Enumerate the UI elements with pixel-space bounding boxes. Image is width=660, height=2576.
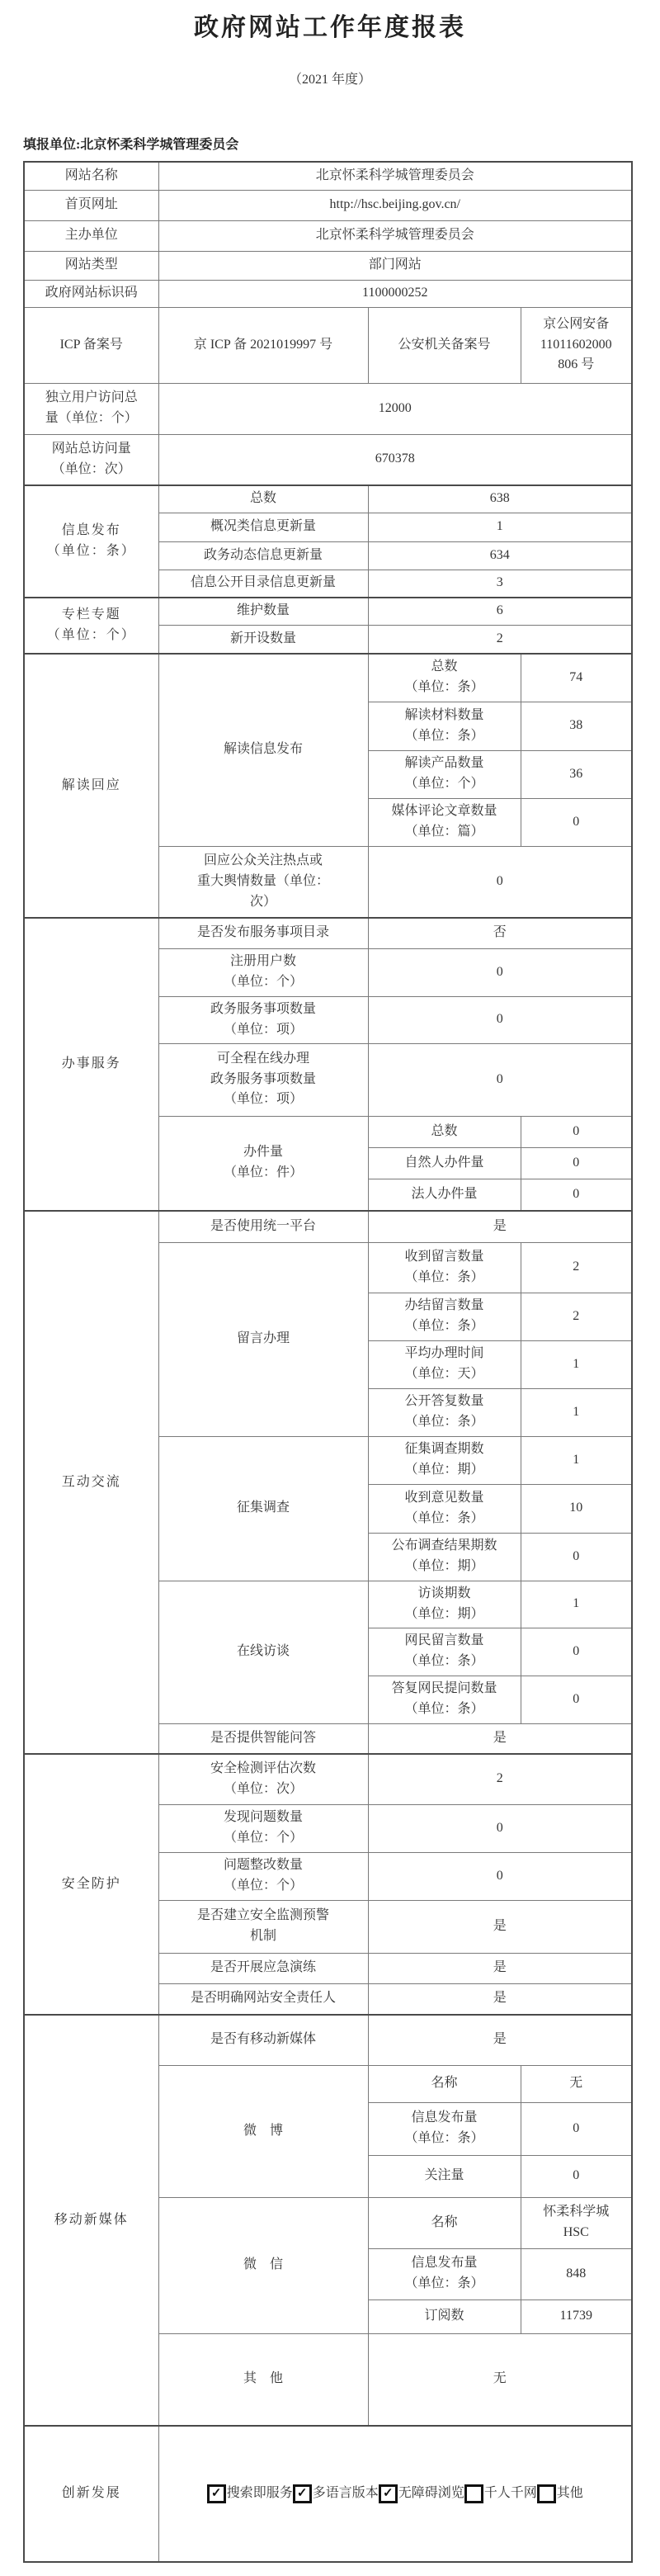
info-release-row-value-cell: 1 [368, 513, 632, 541]
innovation-option-label: 千人千网 [484, 2484, 537, 2504]
columns-topics-row-value-cell: 6 [368, 598, 632, 625]
interpretation-row-label-cell: 解读材料数量 （单位：条） [368, 702, 521, 750]
wechat-row-value-cell: 848 [521, 2248, 632, 2299]
interaction-messages-row-value-cell: 2 [521, 1242, 632, 1293]
interaction-group-cell: 互动交流 [24, 1211, 158, 1754]
new-media-other-label-cell: 其 他 [158, 2333, 368, 2426]
services-row-label-cell: 可全程在线办理 政务服务事项数量 （单位：项） [158, 1043, 368, 1116]
services-row-value-cell: 否 [368, 918, 632, 948]
weibo-row-label-cell: 关注量 [368, 2155, 521, 2197]
checkbox-checked-icon[interactable]: ✓ [293, 2484, 312, 2503]
services-row-value-cell: 0 [368, 996, 632, 1043]
interaction-messages-row-label-cell: 平均办理时间 （单位：天） [368, 1340, 521, 1388]
security-row-label-cell: 问题整改数量 （单位：个） [158, 1852, 368, 1900]
weibo-label-cell: 微 博 [158, 2065, 368, 2197]
interpretation-response-label-cell: 回应公众关注热点或 重大舆情数量（单位： 次） [158, 846, 368, 918]
home-url-value-cell: http://hsc.beijing.gov.cn/ [158, 190, 632, 220]
info-release-row-value-cell: 634 [368, 541, 632, 570]
info-release-row-value-cell: 638 [368, 485, 632, 513]
weibo-row-label-cell: 信息发布量 （单位：条） [368, 2102, 521, 2155]
interpretation-release-label-cell: 解读信息发布 [158, 654, 368, 846]
interaction-interviews-row-value-cell: 1 [521, 1581, 632, 1628]
services-handling-row-value-cell: 0 [521, 1116, 632, 1147]
innovation-option: 其他 [537, 2484, 583, 2504]
info-release-row-label-cell: 总数 [158, 485, 368, 513]
interpretation-row-label-cell: 解读产品数量 （单位：个） [368, 750, 521, 798]
info-release-row-label-cell: 政务动态信息更新量 [158, 541, 368, 570]
services-group-cell: 办事服务 [24, 918, 158, 1211]
security-row-label-cell: 安全检测评估次数 （单位：次） [158, 1754, 368, 1804]
weibo-row-label-cell: 名称 [368, 2065, 521, 2102]
wechat-row-label-cell: 信息发布量 （单位：条） [368, 2248, 521, 2299]
innovation-group-cell: 创新发展 [24, 2426, 158, 2562]
reporting-unit-line: 填报单位:北京怀柔科学城管理委员会 [23, 137, 660, 154]
unique-visitors-value-cell: 12000 [158, 383, 632, 434]
info-release-row-label-cell: 概况类信息更新量 [158, 513, 368, 541]
services-handling-row-label-cell: 法人办件量 [368, 1179, 521, 1211]
interaction-surveys-row-value-cell: 0 [521, 1533, 632, 1581]
info-release-row-label-cell: 信息公开目录信息更新量 [158, 570, 368, 598]
interpretation-row-label-cell: 总数 （单位：条） [368, 654, 521, 702]
wechat-row-value-cell: 11739 [521, 2299, 632, 2333]
interpretation-group-cell: 解读回应 [24, 654, 158, 918]
new-media-group-cell: 移动新媒体 [24, 2015, 158, 2426]
unique-visitors-label-cell: 独立用户访问总 量（单位：个） [24, 383, 158, 434]
interaction-smart-qa-value-cell: 是 [368, 1723, 632, 1754]
services-handling-row-value-cell: 0 [521, 1179, 632, 1211]
interaction-smart-qa-label-cell: 是否提供智能问答 [158, 1723, 368, 1754]
innovation-option-label: 其他 [557, 2484, 583, 2504]
annual-report-table: 网站名称 北京怀柔科学城管理委员会 首页网址 http://hsc.beijin… [23, 161, 633, 2563]
interaction-messages-row-label-cell: 办结留言数量 （单位：条） [368, 1293, 521, 1340]
interaction-interviews-row-label-cell: 答复网民提问数量 （单位：条） [368, 1676, 521, 1723]
checkbox-unchecked-icon[interactable] [537, 2484, 556, 2503]
innovation-option: ✓无障碍浏览 [379, 2484, 464, 2504]
innovation-option-label: 无障碍浏览 [398, 2484, 464, 2504]
interaction-surveys-row-label-cell: 收到意见数量 （单位：条） [368, 1484, 521, 1533]
weibo-row-value-cell: 无 [521, 2065, 632, 2102]
icp-value-cell: 京 ICP 备 2021019997 号 [158, 307, 368, 383]
services-row-label-cell: 注册用户数 （单位：个） [158, 948, 368, 996]
interaction-surveys-row-label-cell: 公布调查结果期数 （单位：期） [368, 1533, 521, 1581]
services-row-value-cell: 0 [368, 948, 632, 996]
services-row-label-cell: 是否发布服务事项目录 [158, 918, 368, 948]
services-handling-row-label-cell: 总数 [368, 1116, 521, 1147]
page-title: 政府网站工作年度报表 [0, 13, 660, 43]
columns-topics-group-cell: 专栏专题 （单位：个） [24, 598, 158, 654]
innovation-options: ✓搜索即服务✓多语言版本✓无障碍浏览千人千网其他 [163, 2484, 629, 2504]
interpretation-response-value-cell: 0 [368, 846, 632, 918]
organizer-label-cell: 主办单位 [24, 220, 158, 251]
interaction-messages-row-value-cell: 1 [521, 1340, 632, 1388]
site-code-value-cell: 1100000252 [158, 280, 632, 307]
innovation-option: 千人千网 [464, 2484, 537, 2504]
site-name-label-cell: 网站名称 [24, 162, 158, 190]
innovation-option: ✓搜索即服务 [207, 2484, 293, 2504]
weibo-row-value-cell: 0 [521, 2155, 632, 2197]
site-type-label-cell: 网站类型 [24, 251, 158, 280]
interpretation-row-value-cell: 38 [521, 702, 632, 750]
interaction-surveys-row-value-cell: 1 [521, 1436, 632, 1484]
interaction-messages-row-value-cell: 1 [521, 1388, 632, 1436]
columns-topics-row-label-cell: 维护数量 [158, 598, 368, 625]
security-row-label-cell: 发现问题数量 （单位：个） [158, 1804, 368, 1852]
checkbox-checked-icon[interactable]: ✓ [379, 2484, 398, 2503]
interaction-surveys-label-cell: 征集调查 [158, 1436, 368, 1581]
interaction-messages-label-cell: 留言办理 [158, 1242, 368, 1436]
wechat-row-label-cell: 名称 [368, 2197, 521, 2248]
wechat-label-cell: 微 信 [158, 2197, 368, 2333]
new-media-has-label-cell: 是否有移动新媒体 [158, 2015, 368, 2065]
security-row-value-cell: 是 [368, 1953, 632, 1983]
interaction-interviews-row-label-cell: 网民留言数量 （单位：条） [368, 1628, 521, 1676]
innovation-options-cell: ✓搜索即服务✓多语言版本✓无障碍浏览千人千网其他 [158, 2426, 632, 2562]
wechat-row-value-cell: 怀柔科学城 HSC [521, 2197, 632, 2248]
services-handling-row-value-cell: 0 [521, 1147, 632, 1179]
site-name-value-cell: 北京怀柔科学城管理委员会 [158, 162, 632, 190]
total-visits-value-cell: 670378 [158, 434, 632, 485]
services-handling-row-label-cell: 自然人办件量 [368, 1147, 521, 1179]
checkbox-unchecked-icon[interactable] [464, 2484, 483, 2503]
site-type-value-cell: 部门网站 [158, 251, 632, 280]
site-code-label-cell: 政府网站标识码 [24, 280, 158, 307]
security-row-label-cell: 是否开展应急演练 [158, 1953, 368, 1983]
innovation-option-label: 搜索即服务 [227, 2484, 293, 2504]
services-row-value-cell: 0 [368, 1043, 632, 1116]
interaction-unified-platform-value-cell: 是 [368, 1211, 632, 1242]
security-row-value-cell: 是 [368, 1900, 632, 1953]
interpretation-row-value-cell: 36 [521, 750, 632, 798]
security-group-cell: 安全防护 [24, 1754, 158, 2015]
police-record-label-cell: 公安机关备案号 [368, 307, 521, 383]
info-release-row-value-cell: 3 [368, 570, 632, 598]
total-visits-label-cell: 网站总访问量 （单位：次） [24, 434, 158, 485]
interaction-surveys-row-value-cell: 10 [521, 1484, 632, 1533]
interpretation-row-value-cell: 74 [521, 654, 632, 702]
security-row-label-cell: 是否建立安全监测预警 机制 [158, 1900, 368, 1953]
interaction-interviews-label-cell: 在线访谈 [158, 1581, 368, 1723]
services-row-label-cell: 政务服务事项数量 （单位：项） [158, 996, 368, 1043]
interaction-interviews-row-value-cell: 0 [521, 1676, 632, 1723]
info-release-group-cell: 信息发布 （单位：条） [24, 485, 158, 598]
interaction-messages-row-label-cell: 公开答复数量 （单位：条） [368, 1388, 521, 1436]
home-url-label-cell: 首页网址 [24, 190, 158, 220]
columns-topics-row-label-cell: 新开设数量 [158, 625, 368, 654]
interaction-messages-row-label-cell: 收到留言数量 （单位：条） [368, 1242, 521, 1293]
interpretation-row-label-cell: 媒体评论文章数量 （单位：篇） [368, 798, 521, 846]
security-row-value-cell: 2 [368, 1754, 632, 1804]
icp-label-cell: ICP 备案号 [24, 307, 158, 383]
interaction-surveys-row-label-cell: 征集调查期数 （单位：期） [368, 1436, 521, 1484]
innovation-option-label: 多语言版本 [313, 2484, 379, 2504]
organizer-value-cell: 北京怀柔科学城管理委员会 [158, 220, 632, 251]
interaction-interviews-row-label-cell: 访谈期数 （单位：期） [368, 1581, 521, 1628]
new-media-other-value-cell: 无 [368, 2333, 632, 2426]
weibo-row-value-cell: 0 [521, 2102, 632, 2155]
services-handling-label-cell: 办件量 （单位：件） [158, 1116, 368, 1211]
security-row-label-cell: 是否明确网站安全责任人 [158, 1983, 368, 2015]
interaction-unified-platform-label-cell: 是否使用统一平台 [158, 1211, 368, 1242]
security-row-value-cell: 0 [368, 1804, 632, 1852]
interaction-interviews-row-value-cell: 0 [521, 1628, 632, 1676]
interpretation-row-value-cell: 0 [521, 798, 632, 846]
interaction-messages-row-value-cell: 2 [521, 1293, 632, 1340]
wechat-row-label-cell: 订阅数 [368, 2299, 521, 2333]
innovation-option: ✓多语言版本 [293, 2484, 379, 2504]
police-record-value-cell: 京公网安备 11011602000 806 号 [521, 307, 632, 383]
new-media-has-value-cell: 是 [368, 2015, 632, 2065]
columns-topics-row-value-cell: 2 [368, 625, 632, 654]
security-row-value-cell: 是 [368, 1983, 632, 2015]
security-row-value-cell: 0 [368, 1852, 632, 1900]
page-subtitle: （2021 年度） [0, 73, 660, 87]
checkbox-checked-icon[interactable]: ✓ [207, 2484, 226, 2503]
